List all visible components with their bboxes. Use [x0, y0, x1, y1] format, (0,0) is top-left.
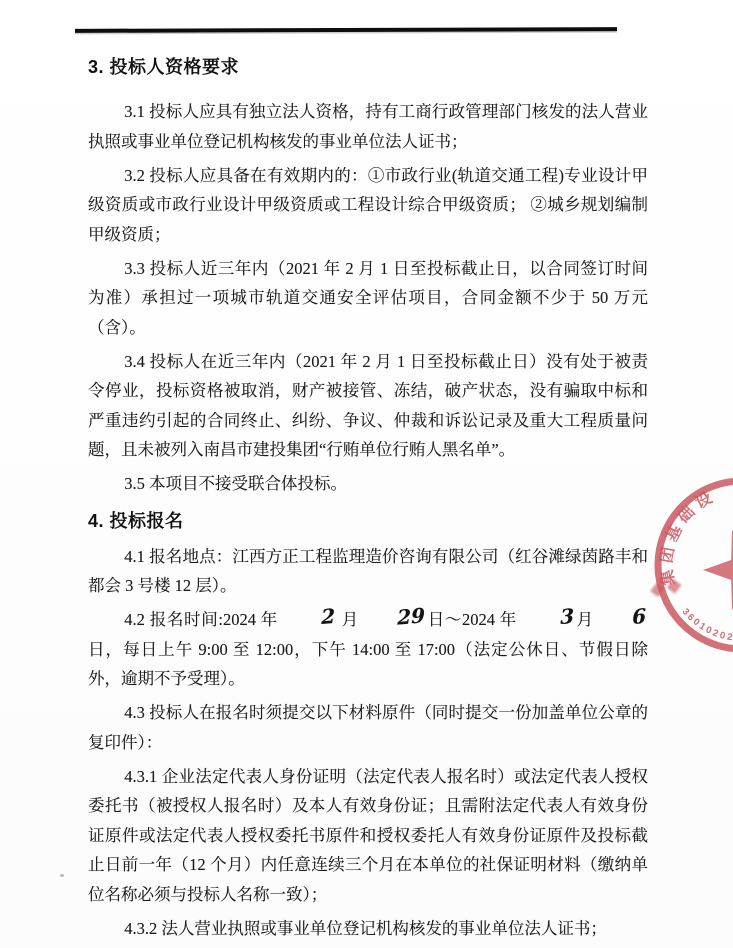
seal-arc-text: 集团基础设 [656, 486, 719, 586]
clause-3-3: 3.3 投标人近三年内（2021 年 2 月 1 日至投标截止日，以合同签订时间… [88, 254, 648, 343]
clause-4-2: 4.2 报名时间:2024 年 2 月29日～2024 年 3月6 日，每日上午… [88, 605, 648, 694]
clause-3-1: 3.1 投标人应具有独立法人资格，持有工商行政管理部门核发的法人营业执照或事业单… [88, 97, 648, 156]
clause-4-2-sep1: 月 [342, 610, 359, 629]
clause-3-4: 3.4 投标人在近三年内（2021 年 2 月 1 日至投标截止日）没有处于被责… [88, 347, 648, 465]
handwritten-end-month: 3 [524, 616, 574, 620]
seal-inner-characters [650, 572, 681, 604]
handwritten-end-day: 6 [596, 616, 646, 620]
svg-text:36010202: 36010202 [680, 606, 733, 643]
clause-3-2: 3.2 投标人应具备在有效期内的：①市政行业(轨道交通工程)专业设计甲级资质或市… [88, 161, 648, 250]
page-top-rule [75, 27, 617, 33]
section-4-heading: 4. 投标报名 [88, 511, 648, 532]
clause-4-2-sep3: 月 [576, 610, 594, 629]
handwritten-start-day: 29 [361, 615, 425, 621]
scanned-document-page: 3. 投标人资格要求 3.1 投标人应具有独立法人资格，持有工商行政管理部门核发… [0, 0, 733, 948]
clause-4-3-1: 4.3.1 企业法定代表人身份证明（法定代表人报名时）或法定代表人授权委托书（被… [88, 762, 648, 910]
seal-star-icon [703, 530, 733, 610]
scan-speck [60, 874, 64, 877]
svg-text:集团基础设: 集团基础设 [656, 486, 719, 586]
clause-4-2-sep2: 日～2024 年 [427, 610, 517, 629]
seal-ring [658, 481, 733, 649]
clause-4-1: 4.1 报名地点：江西方正工程监理造价咨询有限公司（红谷滩绿茵路丰和都会 3 号… [88, 542, 648, 601]
seal-graphic: 集团基础设 36010202 [650, 481, 733, 649]
clause-4-2-printed-prefix: 4.2 报名时间:2024 年 [124, 610, 278, 629]
official-red-seal: 集团基础设 36010202 [645, 467, 733, 667]
handwritten-start-month: 2 [285, 616, 335, 620]
clause-4-3: 4.3 投标人在报名时须提交以下材料原件（同时提交一份加盖单位公章的复印件）： [88, 698, 648, 757]
seal-serial-number: 36010202 [680, 606, 733, 643]
section-3-heading: 3. 投标人资格要求 [88, 57, 648, 78]
clause-4-3-2: 4.3.2 法人营业执照或事业单位登记机构核发的事业单位法人证书； [88, 914, 648, 944]
clause-4-2-printed-suffix: 日，每日上午 9:00 至 12:00，下午 14:00 至 17:00（法定公… [88, 640, 648, 689]
clause-3-5: 3.5 本项目不接受联合体投标。 [88, 469, 648, 499]
document-body: 3. 投标人资格要求 3.1 投标人应具有独立法人资格，持有工商行政管理部门核发… [88, 57, 648, 943]
